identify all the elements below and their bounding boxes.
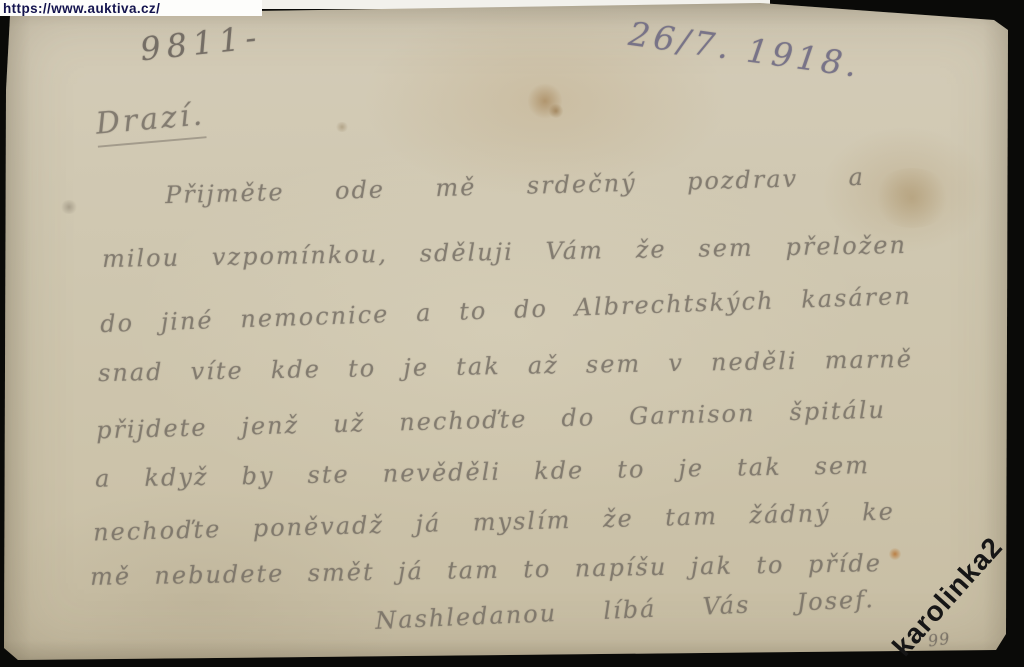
auction-url-text: https://www.auktiva.cz/ <box>0 1 160 16</box>
paper-stain <box>889 548 901 560</box>
paper-stain <box>60 200 78 214</box>
auction-url-watermark: https://www.auktiva.cz/ <box>0 0 262 16</box>
paper-stain <box>335 122 349 132</box>
scanned-postcard-image: 9811- 26/7. 1918. Drazí. Přijměte ode mě… <box>0 0 1024 667</box>
paper-stain <box>872 168 952 228</box>
paper-stain <box>548 104 564 118</box>
